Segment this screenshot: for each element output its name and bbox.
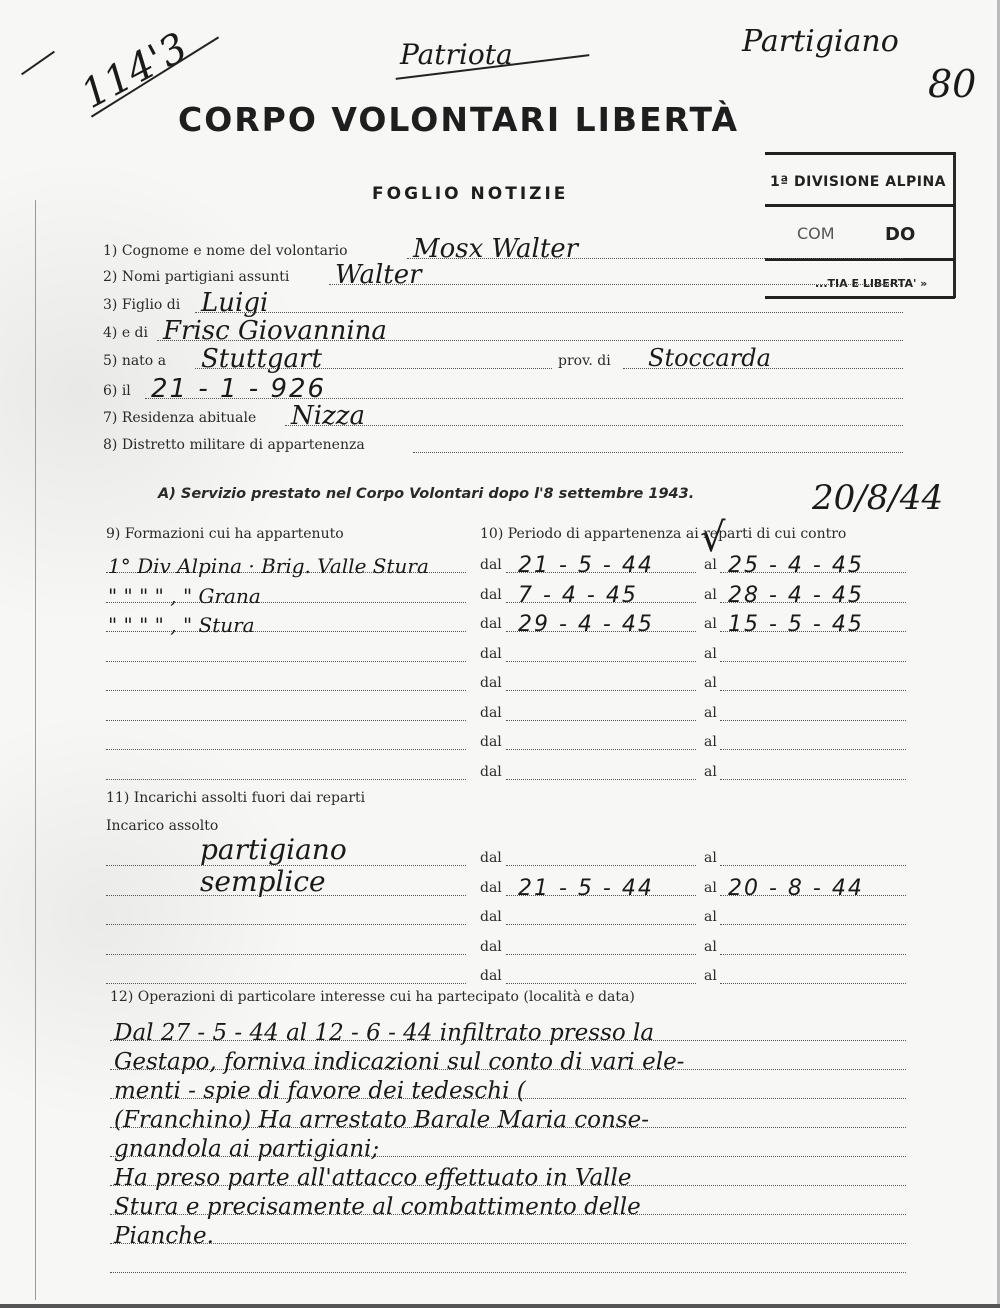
dotted-line: [106, 779, 466, 780]
page-fold-line: [35, 200, 36, 1300]
al-label: al: [704, 939, 717, 955]
table-row: dalal: [106, 963, 906, 987]
dotted-line: [195, 312, 903, 313]
table-row: dalal: [106, 670, 906, 694]
operazioni-line: Gestapo, forniva indicazioni sul conto d…: [110, 1045, 910, 1073]
al-label: al: [704, 557, 717, 573]
dotted-line: [110, 1272, 906, 1273]
operazioni-line: Pianche.: [110, 1219, 910, 1247]
operazioni-text-line: Ha preso parte all'attacco effettuato in…: [114, 1165, 632, 1191]
dotted-line: [720, 720, 906, 721]
dotted-line: [110, 1243, 906, 1244]
annotation-archive-number: 114'3: [74, 24, 195, 118]
dotted-line: [720, 954, 906, 955]
dal-label: dal: [480, 734, 502, 750]
dotted-line: [720, 779, 906, 780]
annotation-number: 80: [928, 62, 976, 106]
dotted-line: [106, 865, 466, 866]
field-label: 1) Cognome e nome del volontario: [103, 243, 348, 259]
dotted-line: [720, 865, 906, 866]
table-row: 1° Div Alpina · Brig. Valle Sturadal21 -…: [106, 552, 906, 576]
annotation-date: 20/8/44: [812, 478, 943, 518]
al-label: al: [704, 587, 717, 603]
dal-label: dal: [480, 675, 502, 691]
table-row: dalal: [106, 641, 906, 665]
field-label: 8) Distretto militare di appartenenza: [103, 437, 365, 453]
dal-value: 29 - 4 - 45: [518, 612, 654, 637]
field-label: 2) Nomi partigiani assunti: [103, 269, 289, 285]
dotted-line: [720, 690, 906, 691]
dal-label: dal: [480, 705, 502, 721]
al-label: al: [704, 880, 717, 896]
field-value: 21 - 1 - 926: [151, 374, 326, 404]
document-title: CORPO VOLONTARI LIBERTÀ: [178, 100, 739, 139]
section-12-heading: 12) Operazioni di particolare interesse …: [110, 989, 635, 1005]
stamp-rule: [765, 204, 955, 207]
field-value: Nizza: [291, 401, 365, 431]
table-row: dalal: [106, 729, 906, 753]
operazioni-line: (Franchino) Ha arrestato Barale Maria co…: [110, 1103, 910, 1131]
field-row: 4) e diFrisc Giovannina: [103, 320, 903, 344]
al-label: al: [704, 705, 717, 721]
operazioni-text-line: Pianche.: [114, 1223, 214, 1249]
dal-label: dal: [480, 646, 502, 662]
dotted-line: [506, 954, 696, 955]
dal-value: 21 - 5 - 44: [518, 876, 654, 901]
field-row: 1) Cognome e nome del volontarioMosx Wal…: [103, 238, 903, 262]
al-label: al: [704, 734, 717, 750]
field-row: 6) il21 - 1 - 926: [103, 378, 903, 402]
table-row: dal21 - 5 - 44al20 - 8 - 44: [106, 875, 906, 899]
formazione-value: " " " " , " Grana: [108, 584, 261, 608]
dotted-line: [106, 924, 466, 925]
dotted-line: [106, 983, 466, 984]
al-label: al: [704, 968, 717, 984]
dal-label: dal: [480, 939, 502, 955]
dotted-line: [720, 749, 906, 750]
dotted-line: [506, 983, 696, 984]
formazione-value: 1° Div Alpina · Brig. Valle Stura: [108, 554, 429, 578]
operazioni-line: Ha preso parte all'attacco effettuato in…: [110, 1161, 910, 1189]
prov-label: prov. di: [558, 353, 611, 369]
table-row: dalal: [106, 759, 906, 783]
operazioni-line: Stura e precisamente al combattimento de…: [110, 1190, 910, 1218]
al-label: al: [704, 646, 717, 662]
formazione-value: " " " " , " Stura: [108, 613, 255, 637]
field-value: Luigi: [201, 288, 268, 318]
dotted-line: [106, 720, 466, 721]
dal-label: dal: [480, 909, 502, 925]
dotted-line: [720, 661, 906, 662]
dotted-line: [506, 865, 696, 866]
field-label: 7) Residenza abituale: [103, 410, 256, 426]
dotted-line: [506, 720, 696, 721]
dal-label: dal: [480, 880, 502, 896]
dotted-line: [506, 690, 696, 691]
dotted-line: [106, 895, 466, 896]
prov-value: Stoccarda: [648, 344, 771, 372]
table-row: dalal: [106, 845, 906, 869]
table-row: dalal: [106, 904, 906, 928]
al-label: al: [704, 850, 717, 866]
al-label: al: [704, 909, 717, 925]
operazioni-line: menti - spie di favore dei tedeschi (: [110, 1074, 910, 1102]
dotted-line: [106, 690, 466, 691]
slash-mark: [21, 51, 55, 76]
table-row: " " " " , " Granadal7 - 4 - 45al28 - 4 -…: [106, 582, 906, 606]
operazioni-line: Dal 27 - 5 - 44 al 12 - 6 - 44 infiltrat…: [110, 1016, 910, 1044]
field-value: Stuttgart: [201, 344, 322, 374]
table-row: dalal: [106, 700, 906, 724]
dal-label: dal: [480, 850, 502, 866]
field-value: Mosx Walter: [413, 234, 578, 264]
al-label: al: [704, 675, 717, 691]
periodo-label: 10) Periodo di appartenenza ai reparti d…: [480, 526, 846, 542]
dotted-line: [506, 779, 696, 780]
dal-value: 7 - 4 - 45: [518, 583, 638, 608]
operazioni-line: [110, 1248, 910, 1276]
dotted-line: [106, 954, 466, 955]
dotted-line: [285, 425, 903, 426]
dotted-line: [720, 983, 906, 984]
field-label: 3) Figlio di: [103, 297, 180, 313]
dal-label: dal: [480, 587, 502, 603]
al-value: 15 - 5 - 45: [728, 612, 864, 637]
field-row: 2) Nomi partigiani assuntiWalter: [103, 264, 903, 288]
dotted-line: [106, 749, 466, 750]
dotted-line: [506, 661, 696, 662]
formazioni-label: 9) Formazioni cui ha appartenuto: [106, 526, 344, 542]
dotted-line: [506, 924, 696, 925]
operazioni-text-line: (Franchino) Ha arrestato Barale Maria co…: [114, 1107, 649, 1133]
field-row: 3) Figlio diLuigi: [103, 292, 903, 316]
dotted-line: [506, 749, 696, 750]
incarico-label: Incarico assolto: [106, 818, 218, 834]
section-a-heading: A) Servizio prestato nel Corpo Volontari…: [158, 486, 694, 502]
operazioni-text-line: Gestapo, forniva indicazioni sul conto d…: [114, 1049, 684, 1075]
field-label: 4) e di: [103, 325, 148, 341]
dal-value: 21 - 5 - 44: [518, 553, 654, 578]
table-row: dalal: [106, 934, 906, 958]
operazioni-text-line: gnandola ai partigiani;: [114, 1136, 379, 1162]
field-label: 6) il: [103, 383, 131, 399]
al-value: 20 - 8 - 44: [728, 876, 864, 901]
dotted-line: [413, 452, 903, 453]
dal-label: dal: [480, 557, 502, 573]
field-value: Frisc Giovannina: [163, 316, 387, 346]
al-label: al: [704, 616, 717, 632]
section-11-heading: 11) Incarichi assolti fuori dai reparti: [106, 790, 365, 806]
operazioni-line: gnandola ai partigiani;: [110, 1132, 910, 1160]
field-row: 7) Residenza abitualeNizza: [103, 405, 903, 429]
al-value: 25 - 4 - 45: [728, 553, 864, 578]
operazioni-text-line: Dal 27 - 5 - 44 al 12 - 6 - 44 infiltrat…: [114, 1020, 654, 1046]
dal-label: dal: [480, 968, 502, 984]
page-edge: [0, 1304, 1000, 1308]
operazioni-text-line: menti - spie di favore dei tedeschi (: [114, 1078, 526, 1104]
table-row: " " " " , " Sturadal29 - 4 - 45al15 - 5 …: [106, 611, 906, 635]
al-label: al: [704, 764, 717, 780]
document-subtitle: FOGLIO NOTIZIE: [372, 184, 568, 204]
field-label: 5) nato a: [103, 353, 166, 369]
stamp-rule: [765, 152, 955, 155]
dotted-line: [106, 661, 466, 662]
stamp-line-1: 1ª DIVISIONE ALPINA: [770, 174, 946, 190]
field-row: 5) nato aprov. diStoccardaStuttgart: [103, 348, 903, 372]
dal-label: dal: [480, 616, 502, 632]
operazioni-text-line: Stura e precisamente al combattimento de…: [114, 1194, 641, 1220]
field-row: 8) Distretto militare di appartenenza: [103, 432, 903, 456]
dal-label: dal: [480, 764, 502, 780]
scanned-form-page: 114'3 Patriota Partigiano 80 CORPO VOLON…: [0, 0, 1000, 1308]
al-value: 28 - 4 - 45: [728, 583, 864, 608]
annotation-partigiano: Partigiano: [742, 24, 899, 59]
field-value: Walter: [335, 260, 422, 290]
dotted-line: [720, 924, 906, 925]
